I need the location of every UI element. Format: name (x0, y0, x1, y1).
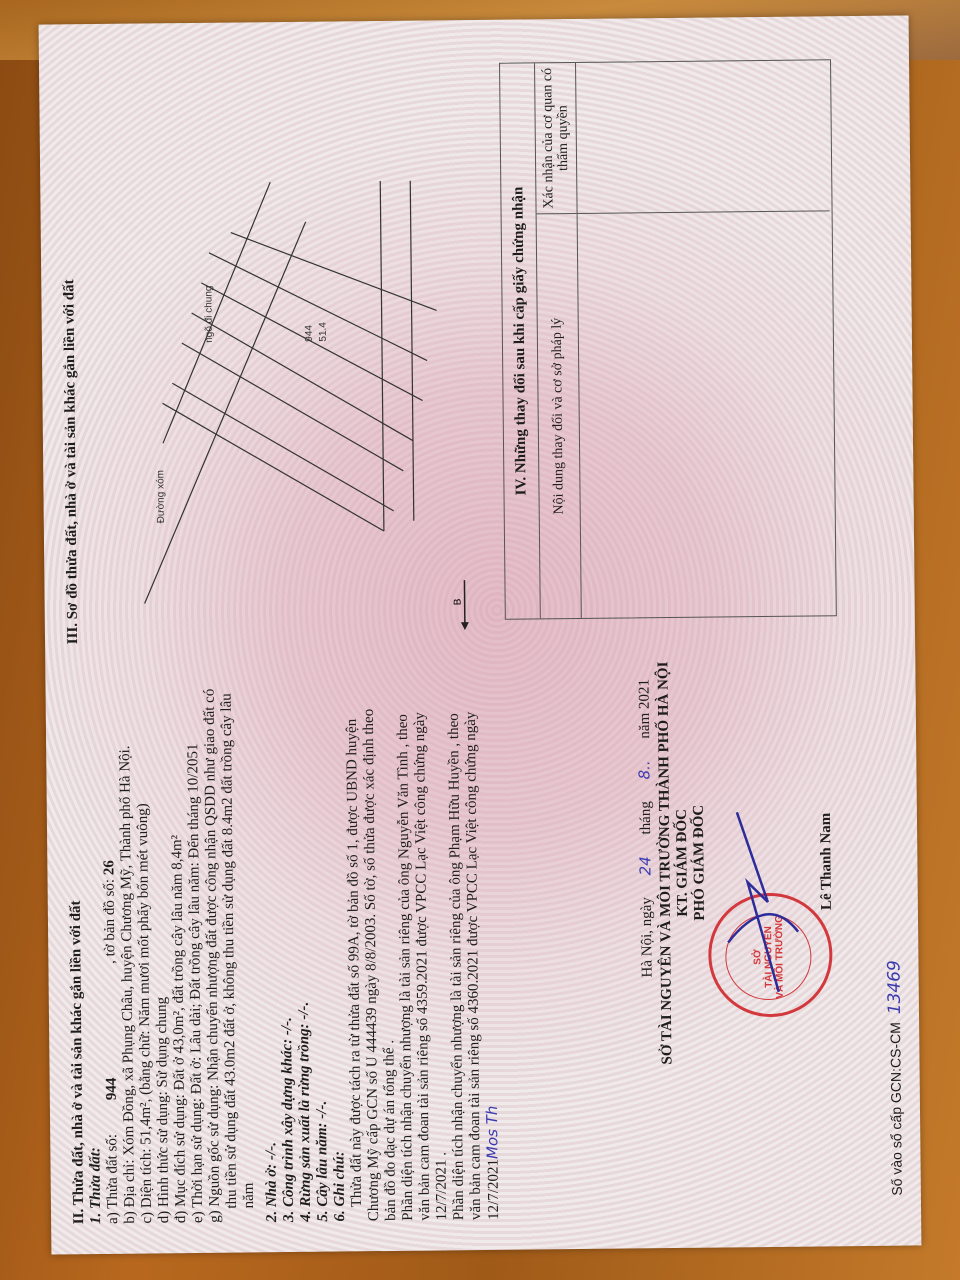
road-label: Đường xóm (155, 470, 167, 523)
confirmation-column-header: Xác nhận của cơ quan có thẩm quyền (535, 63, 577, 213)
note-date: 12/7/2021 (485, 1159, 502, 1220)
note-line-9: 12/7/2021Mos Th (479, 660, 503, 1220)
section-4-body (576, 60, 834, 618)
issue-year: năm 2021 (636, 679, 653, 739)
changes-column-header: Nội dung thay đổi và cơ sở pháp lý (537, 213, 581, 618)
rotated-document-content: II. Thửa đất, nhà ở và tài sản khác gắn … (39, 15, 922, 1254)
land-certificate-paper: II. Thửa đất, nhà ở và tài sản khác gắn … (39, 15, 922, 1254)
issue-day: 24 (636, 856, 654, 875)
parcel-area-label: 51.4 (318, 322, 329, 342)
handwritten-initials: Mos Th (483, 1106, 502, 1160)
parcel-number-label: a) Thửa đất số: (104, 1134, 121, 1224)
section-3-title: III. Sơ đồ thửa đất, nhà ở và tài sản kh… (59, 44, 82, 644)
parcel-number: 944 (104, 1078, 120, 1101)
confirmation-cell (576, 60, 830, 213)
registry-number: 13469 (884, 960, 905, 1014)
section-2-page: II. Thửa đất, nhà ở và tài sản khác gắn … (65, 656, 911, 1225)
north-label: B (453, 598, 464, 605)
changes-cell (578, 210, 834, 618)
section-4-table: IV. Những thay đổi sau khi cấp giấy chứn… (499, 59, 837, 619)
parcel-label: 944 (304, 325, 315, 342)
month-label: tháng (638, 801, 654, 834)
section-4-title: IV. Những thay đổi sau khi cấp giấy chứn… (500, 63, 541, 618)
date-prefix: Hà Nội, ngày (639, 897, 656, 978)
section-4-header: Nội dung thay đổi và cơ sở pháp lý Xác n… (535, 63, 582, 618)
signature-scribble-icon (707, 801, 819, 1002)
issue-month: 8.. (635, 760, 653, 779)
section-3-4-page: III. Sơ đồ thửa đất, nhà ở và tài sản kh… (59, 36, 905, 645)
alley-label: ngõ đi chung (203, 285, 215, 342)
registry-number-row: Số vào sổ cấp GCN:CS-CM 13469 (886, 960, 905, 1196)
parcel-diagram: 944 51.4 Đường xóm ngõ đi chung B (79, 40, 485, 644)
registry-label: Số vào sổ cấp GCN:CS-CM (887, 1022, 905, 1196)
north-arrow-icon: B (452, 580, 469, 630)
map-sheet-number: 26 (101, 860, 117, 875)
map-sheet-label: , tờ bản đồ số: (102, 879, 119, 964)
